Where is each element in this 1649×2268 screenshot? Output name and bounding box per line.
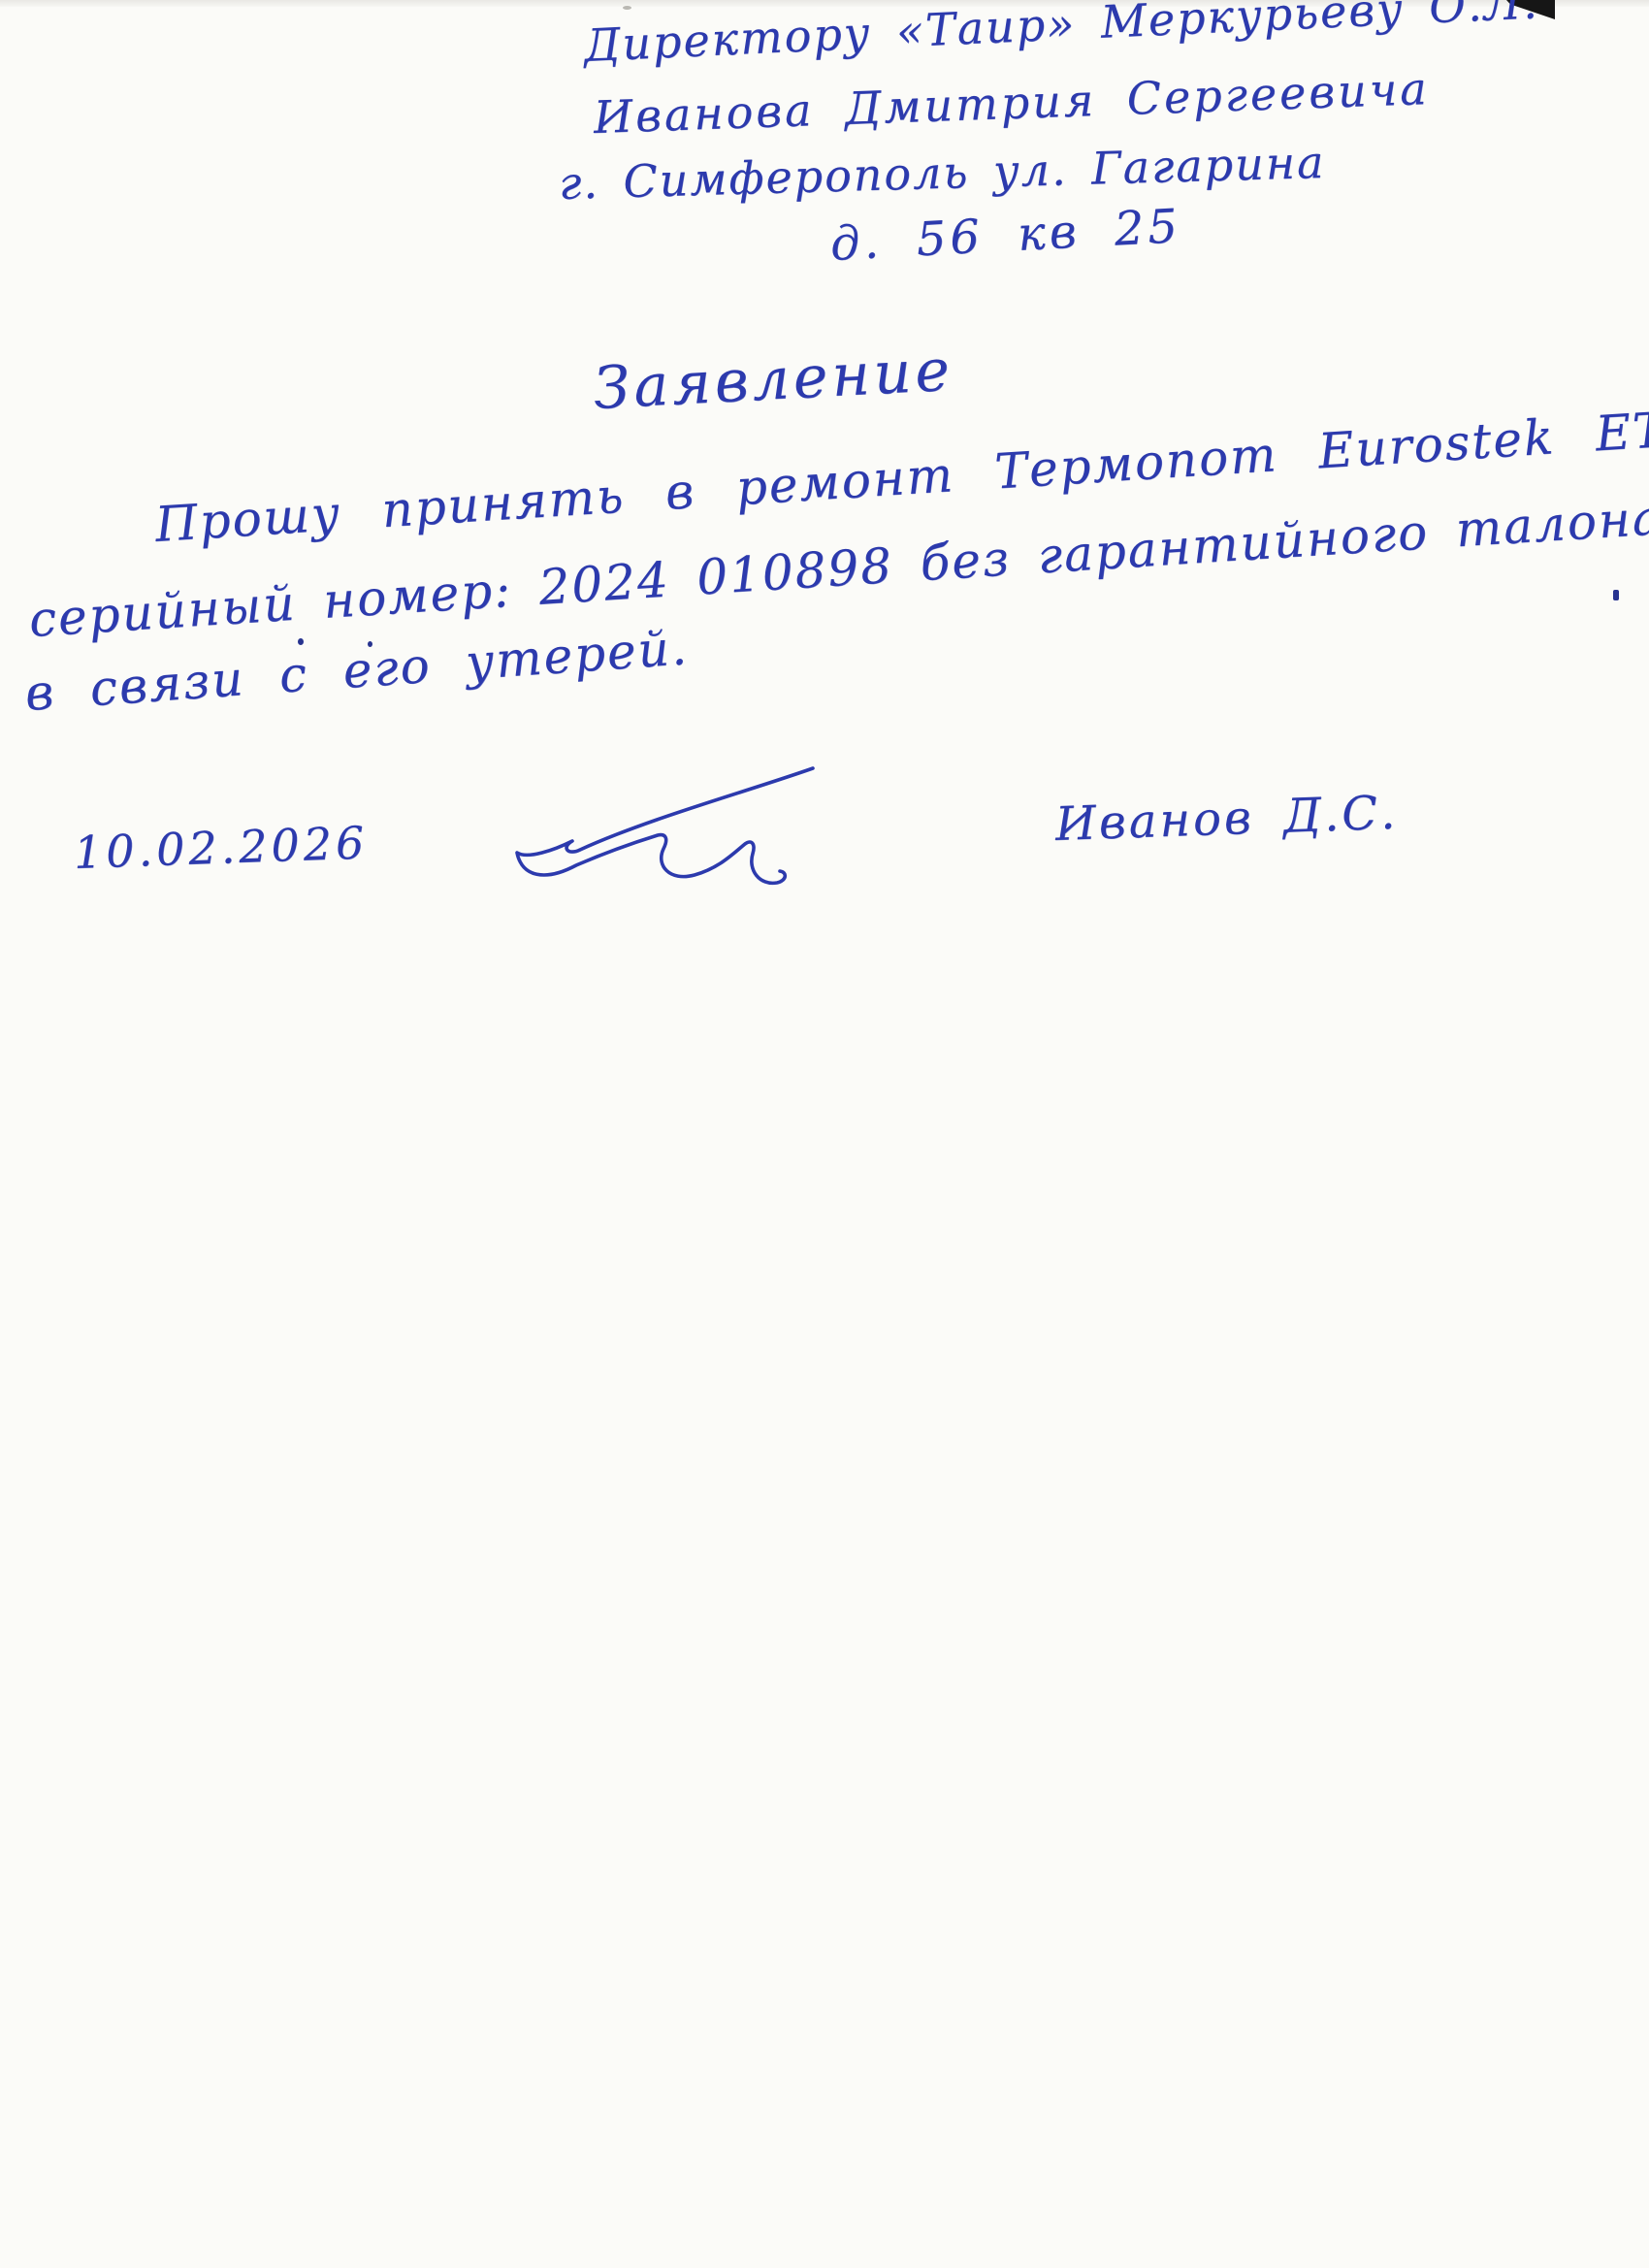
date-field: 10.02.2026 <box>73 816 369 879</box>
scanned-document-page: Директору «Таир» Меркурьеву О.Л. Иванова… <box>0 0 1649 2268</box>
recipient-line-house-apartment: д. 56 кв 25 <box>829 199 1183 272</box>
signature-scribble <box>485 747 815 922</box>
document-title: Заявление <box>592 337 954 423</box>
recipient-line-applicant: Иванова Дмитрия Сергеевича <box>593 62 1430 144</box>
signer-name: Иванов Д.С. <box>1054 786 1399 852</box>
ink-speck <box>298 638 304 645</box>
dust-speck <box>623 6 631 10</box>
recipient-line-addressee: Директору «Таир» Меркурьеву О.Л. <box>583 0 1540 72</box>
recipient-line-city-street: г. Симферополь ул. Гагарина <box>558 136 1326 210</box>
ink-speck <box>368 641 372 647</box>
ink-speck-right-margin <box>1613 590 1619 600</box>
